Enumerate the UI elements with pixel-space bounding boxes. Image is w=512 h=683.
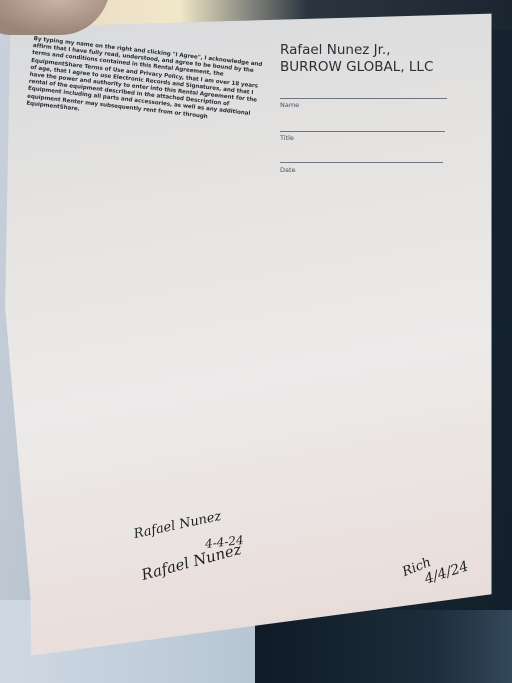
name-label: Name bbox=[280, 101, 299, 109]
date-line bbox=[280, 162, 443, 163]
date-label: Date bbox=[280, 166, 296, 174]
signer-block: Rafael Nunez Jr., BURROW GLOBAL, LLC bbox=[280, 42, 433, 76]
title-label: Title bbox=[280, 134, 294, 142]
name-line bbox=[280, 98, 447, 99]
title-line bbox=[280, 131, 445, 132]
background-bottom-right bbox=[255, 610, 512, 683]
signer-name: Rafael Nunez Jr., bbox=[280, 42, 433, 59]
signer-company: BURROW GLOBAL, LLC bbox=[280, 59, 433, 76]
